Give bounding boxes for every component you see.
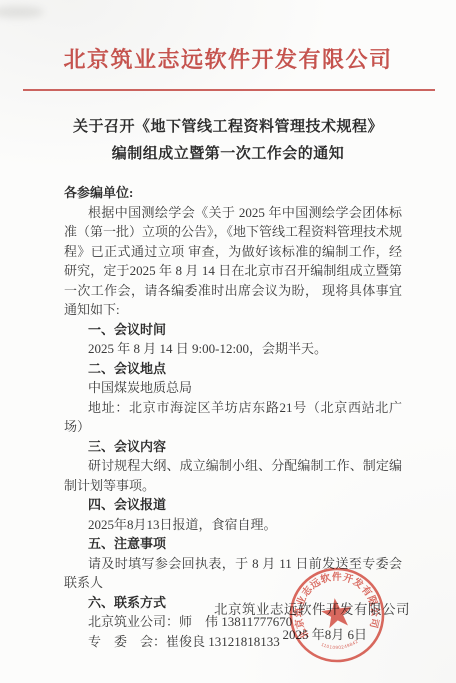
letterhead-company-name: 北京筑业志远软件开发有限公司 [0,46,456,74]
letterhead-divider [23,89,435,91]
section-2-line: 中国煤炭地质总局 [64,378,402,398]
section-1-line: 2025 年 8 月 14 日 9:00-12:00，会期半天。 [64,339,402,359]
section-5-heading: 五、注意事项 [64,534,402,554]
intro-paragraph: 根据中国测绘学会《关于 2025 年中国测绘学会团体标准（第一批）立项的公告》，… [64,203,402,320]
document-body: 各参编单位: 根据中国测绘学会《关于 2025 年中国测绘学会团体标准（第一批）… [0,183,456,651]
scan-artifact [0,6,44,18]
seal-serial-number: 1101090249842 [320,637,360,653]
section-3-line: 研讨规程大纲、成立编制小组、分配编制工作、制定编制计划等事项。 [64,456,402,495]
seal-star-icon [320,596,354,629]
section-1-heading: 一、会议时间 [64,320,402,340]
section-4-heading: 四、会议报道 [64,495,402,515]
section-3-heading: 三、会议内容 [64,437,402,457]
document-title: 关于召开《地下管线工程资料管理技术规程》 编制组成立暨第一次工作会的通知 [0,114,456,168]
salutation: 各参编单位: [64,183,402,203]
section-4-line: 2025年8月13日报道，食宿自理。 [64,515,402,535]
document-title-line-2: 编制组成立暨第一次工作会的通知 [0,141,456,168]
company-seal: 北京筑业志远软件开发有限公司 1101090249842 [281,559,394,672]
section-2-line: 地址：北京市海淀区羊坊店东路21号（北京西站北广场） [64,398,402,437]
document-page: 北京筑业志远软件开发有限公司 关于召开《地下管线工程资料管理技术规程》 编制组成… [0,0,456,683]
section-2-heading: 二、会议地点 [64,359,402,379]
document-title-line-1: 关于召开《地下管线工程资料管理技术规程》 [0,114,456,141]
